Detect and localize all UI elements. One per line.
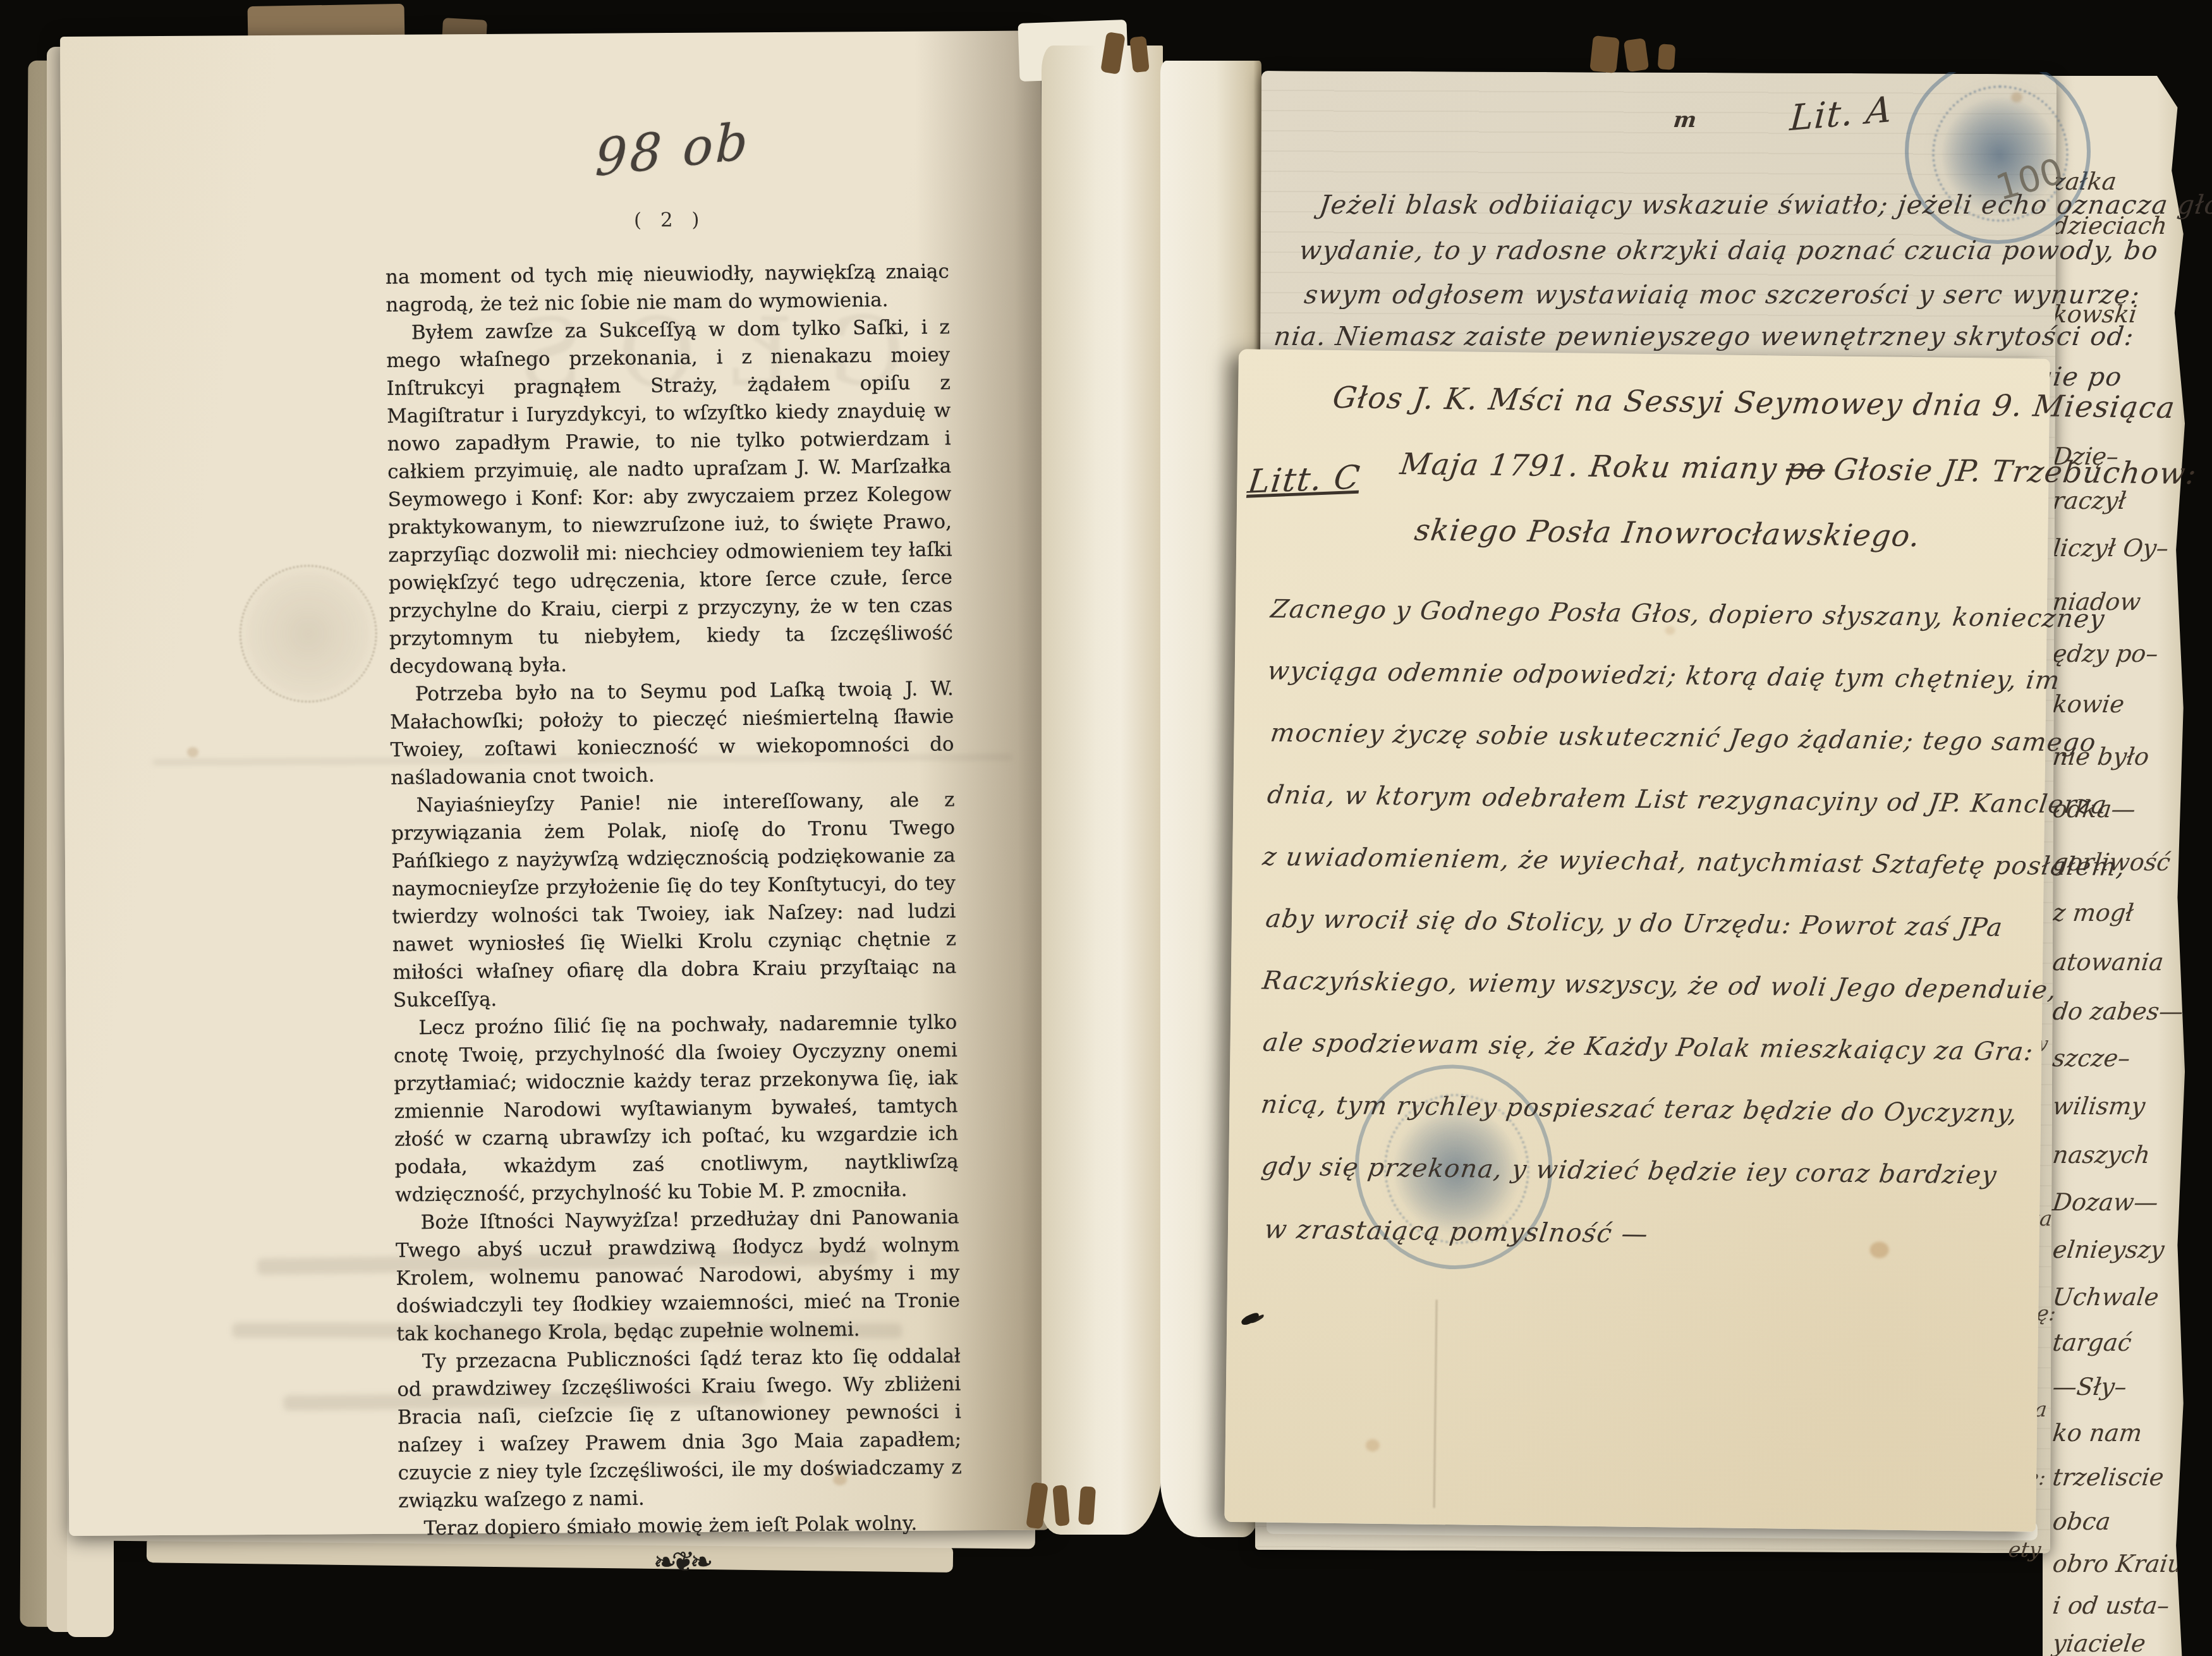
corner-ink-mark: m <box>1672 107 1699 133</box>
fragment-line: kowie <box>2051 690 2125 718</box>
scan-background: { "document": { "description": "Archival… <box>0 0 2212 1656</box>
foxing-spot <box>1366 1439 1380 1452</box>
printed-text-block: na moment od tych mię nieuwiodły, naywię… <box>386 257 963 1579</box>
heading-line: skiego Posła Inowrocławskiego. <box>1413 513 1923 554</box>
folio-number-ink: 98 ob <box>595 111 751 188</box>
manuscript-body-line: wyciąga odemnie odpowiedzi; ktorą daię t… <box>1266 657 2062 695</box>
fragment-line: z mogł <box>2051 899 2135 927</box>
margin-mark: ety <box>2007 1537 2043 1562</box>
fragment-line: raczył <box>2051 487 2127 514</box>
overlay-manuscript-sheet: Głos J. K. Mści na Sessyi Seymowey dnia … <box>1224 349 2050 1532</box>
binding-thread <box>1658 44 1676 70</box>
binding-thread <box>1078 1486 1096 1525</box>
heading-text: Głosie JP. Trzebuchow: <box>1832 453 2199 492</box>
strike-through-word: po <box>1784 452 1828 487</box>
embossed-stamp-icon <box>239 564 377 703</box>
paragraph: Ty przezacna Publiczności ſądź teraz kto… <box>397 1342 963 1514</box>
manuscript-body-line: ale spodziewam się, że Każdy Polak miesz… <box>1261 1028 2035 1067</box>
binding-thread <box>1129 36 1150 73</box>
manuscript-line: wydanie, to y radosne okrzyki daią pozna… <box>1297 235 2160 265</box>
fragment-line: —Sły– <box>2051 1373 2128 1401</box>
manuscript-body-line: dnia, w ktorym odebrałem List rezygnacyi… <box>1265 781 2109 820</box>
fragment-line: Uchwale <box>2051 1283 2160 1311</box>
fragment-line: elnieyszy <box>2051 1236 2166 1263</box>
manuscript-body-line: z uwiadomieniem, że wyiechał, natychmias… <box>1261 843 2127 882</box>
manuscript-line: nia. Niemasz zaiste pewnieyszego wewnętr… <box>1272 321 2136 351</box>
fragment-line: obca <box>2051 1507 2112 1535</box>
fragment-line: naszych <box>2051 1141 2151 1169</box>
manuscript-line: swym odgłosem wystawiaią moc szczerości … <box>1303 279 2142 310</box>
foxing-spot <box>187 747 198 757</box>
fragment-line: wilismy <box>2051 1092 2146 1120</box>
manuscript-body-line: Zacnego y Godnego Posła Głos, dopiero sł… <box>1269 595 2107 634</box>
binding-thread <box>1589 35 1620 73</box>
fragment-line: atowania <box>2051 948 2165 976</box>
binding-thread <box>1624 38 1650 72</box>
paragraph: Teraz dopiero śmiało mowię żem ieſt Pola… <box>398 1509 962 1542</box>
paragraph: na moment od tych mię nieuwiodły, naywię… <box>386 257 950 319</box>
tailpiece-ornament-icon: ❧❦❧ <box>399 1545 963 1579</box>
margin-letter-mark: Litt. C <box>1246 459 1363 501</box>
manuscript-body-line: mocniey życzę sobie uskutecznić Jego żąd… <box>1268 719 2098 758</box>
paragraph: Nayiaśnieyſzy Panie! nie intereſſowany, … <box>391 786 957 1014</box>
fragment-line: yiaciele <box>2051 1629 2147 1656</box>
left-printed-page: 98 ob GŁOS ( 2 ) na moment od tych mię n… <box>60 31 1050 1536</box>
manuscript-body-line: Raczyńskiego, wiemy wszyscy, że od woli … <box>1261 966 2059 1005</box>
paragraph: Lecz proźno ſilić ſię na pochwały, nadar… <box>393 1008 959 1209</box>
manuscript-line: Jeżeli blask odbiiaiący wskazuie światło… <box>1318 190 2212 220</box>
page-number-header: ( 2 ) <box>388 207 952 233</box>
foxing-spot <box>833 1474 847 1485</box>
fragment-line: i od usta– <box>2051 1592 2171 1619</box>
paragraph: Boże Iſtności Naywyżſza! przedłużay dni … <box>395 1203 960 1348</box>
fragment-line: ko nam <box>2051 1419 2144 1447</box>
manuscript-body-line: aby wrocił się do Stolicy, y do Urzędu: … <box>1264 904 2005 942</box>
gutter-fold <box>1042 46 1163 1535</box>
fragment-line: ędzy po– <box>2051 640 2160 667</box>
foxing-spot <box>1870 1241 1889 1258</box>
fragment-line: Dozaw— <box>2051 1188 2160 1216</box>
crease-line <box>1433 1300 1438 1508</box>
fragment-line: obro Kraiu <box>2051 1550 2185 1578</box>
fragment-line: trzeliscie <box>2051 1463 2165 1491</box>
fragment-line: liczył Oy– <box>2051 534 2170 562</box>
manuscript-closing-line: w zrastaiącą pomyslność — <box>1263 1214 1651 1249</box>
fragment-line: do zabes— <box>2051 997 2185 1025</box>
paragraph: Byłem zawſze za Sukceſſyą w dom tylko Sa… <box>386 313 954 680</box>
fragment-line: targać <box>2051 1329 2133 1356</box>
paragraph: Potrzeba było na to Seymu pod Laſką twoi… <box>390 674 955 791</box>
heading-text: Maja 1791. Roku miany <box>1398 447 1780 486</box>
foxing-spot <box>2011 92 2022 102</box>
fragment-line: szcze– <box>2051 1044 2132 1072</box>
ink-blot <box>1240 1312 1261 1326</box>
library-stamp-top-icon <box>1901 72 2097 253</box>
